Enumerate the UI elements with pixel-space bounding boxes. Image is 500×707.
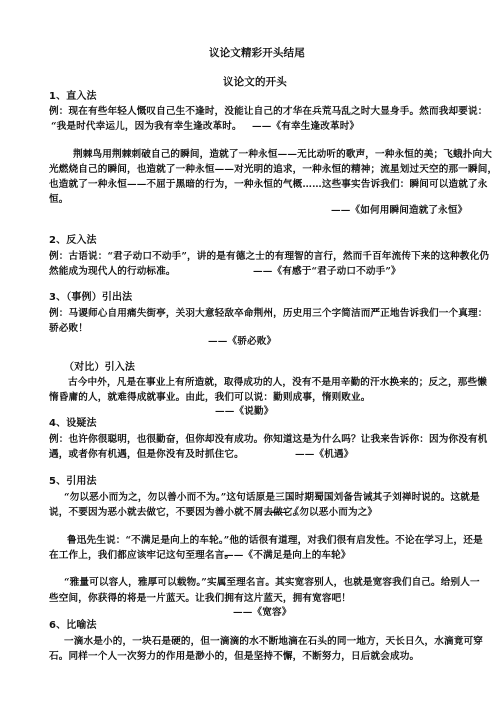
paragraph-line: 惰昏庸的人，就难得成就事业。由此，我们可以说：勤则成事，惰则败业。 bbox=[49, 392, 371, 404]
paragraph-line: 然能成为现代人的行动标准。 bbox=[49, 266, 176, 278]
paragraph-line: 石。同样一个人一次努力的作用是渺小的，但是坚持不懈，不断努力，日后就会成功。 bbox=[49, 651, 419, 663]
heading-example-method: 3、（事例）引出法 bbox=[49, 292, 132, 304]
source-citation: ——《有感于“君子动口不动手”》 bbox=[253, 266, 401, 278]
paragraph-line: 恒。 bbox=[49, 194, 69, 206]
heading-reverse-method: 2、反入法 bbox=[49, 235, 97, 247]
paragraph-line: 荆棘鸟用荆棘刺破自己的瞬间，造就了一种永恒——无比动听的歌声，一种永恒的美；飞蛾… bbox=[73, 149, 492, 161]
paragraph-line: 些空间，你获得的将是一片蓝天。让我们拥有这片蓝天，拥有宽容吧！ bbox=[49, 593, 351, 605]
paragraph-line: 也造就了一种永恒——不屈于黑暗的行为，一种永恒的气概……这些事实告诉我们：瞬间可… bbox=[49, 179, 487, 191]
paragraph-line: 光燃烧自己的瞬间，也造就了一种永恒——对光明的追求，一种永恒的精神；流星划过天空… bbox=[49, 164, 497, 176]
paragraph-line: 骄必败！ bbox=[49, 323, 88, 335]
paragraph-line: “雅量可以容人，雅厚可以载物。”实属至理名言。其实宽容别人，也就是宽容我们自己。… bbox=[64, 577, 480, 589]
paragraph-line: 例：也许你很聪明，也很勤奋，但你却没有成功。你知道这是为什么吗？让我来告诉你：因… bbox=[49, 434, 487, 446]
paragraph-line: 鲁迅先生说：“不满足是向上的车轮。”他的话很有道理，对我们很有启发性。不论在学习… bbox=[67, 535, 483, 547]
section-title: 议论文的开头 bbox=[223, 76, 287, 88]
source-citation: ——《有幸生逢改革时》 bbox=[252, 121, 359, 133]
heading-question-method: 4、设疑法 bbox=[49, 418, 97, 430]
document-title: 议论文精彩开头结尾 bbox=[209, 47, 305, 59]
paragraph-line: 例：古语说：“君子动口不动手”，讲的是有德之士的有理智的言行，然而千百年流传下来… bbox=[49, 251, 489, 263]
paragraph-line: 例：马谡师心自用痛失街亭，关羽大意轻敌卒命荆州，历史用三个字简洁而严正地告诉我们… bbox=[49, 308, 487, 320]
heading-contrast-method: （对比）引入法 bbox=[64, 362, 135, 374]
source-citation: ——《机遇》 bbox=[295, 449, 353, 461]
heading-metaphor-method: 6、比喻法 bbox=[49, 620, 97, 632]
heading-quotation-method: 5、引用法 bbox=[49, 476, 97, 488]
paragraph-line: 遇，或者你有机遇，但是你没有及时抓住它。 bbox=[49, 449, 244, 461]
source-citation: ——《勿以恶小而为之》 bbox=[270, 507, 377, 519]
paragraph-line: 说，不要因为恶小就去做它，不要因为善小就不屑去做它。 bbox=[49, 507, 302, 519]
heading-direct-method: 1、直入法 bbox=[49, 91, 97, 103]
paragraph-line: “我是时代幸运儿，因为我有幸生逢改革时。 bbox=[51, 121, 242, 133]
source-citation: ——《不满足是向上的车轮》 bbox=[224, 550, 351, 562]
source-citation: ——《骄必败》 bbox=[208, 336, 276, 348]
paragraph-line: 古今中外，凡是在事业上有所造就，取得成功的人，没有不是用辛勤的汗水换来的；反之，… bbox=[68, 377, 487, 389]
document-page: 议论文精彩开头结尾 议论文的开头 1、直入法 例：现在有些年轻人慨叹自己生不逢时… bbox=[0, 0, 500, 707]
source-citation: ——《宽容》 bbox=[233, 607, 291, 619]
paragraph-line: 一滴水是小的，一块石是硬的，但一滴滴的水不断地滴在石头的同一地方，天长日久，水滴… bbox=[64, 636, 483, 648]
source-citation: ——《如何用瞬间造就了永恒》 bbox=[331, 205, 467, 217]
paragraph-line: “勿以恶小而为之，勿以善小而不为。”这句话原是三国时期蜀国刘备告诫其子刘禅时说的… bbox=[64, 492, 480, 504]
paragraph-line: 例：现在有些年轻人慨叹自己生不逢时，没能让自己的才华在兵荒马乱之时大显身手。然而… bbox=[49, 106, 487, 118]
source-citation: ——《说勤》 bbox=[215, 406, 273, 418]
paragraph-line: 在工作上，我们都应该牢记这句至理名言。 bbox=[49, 550, 234, 562]
